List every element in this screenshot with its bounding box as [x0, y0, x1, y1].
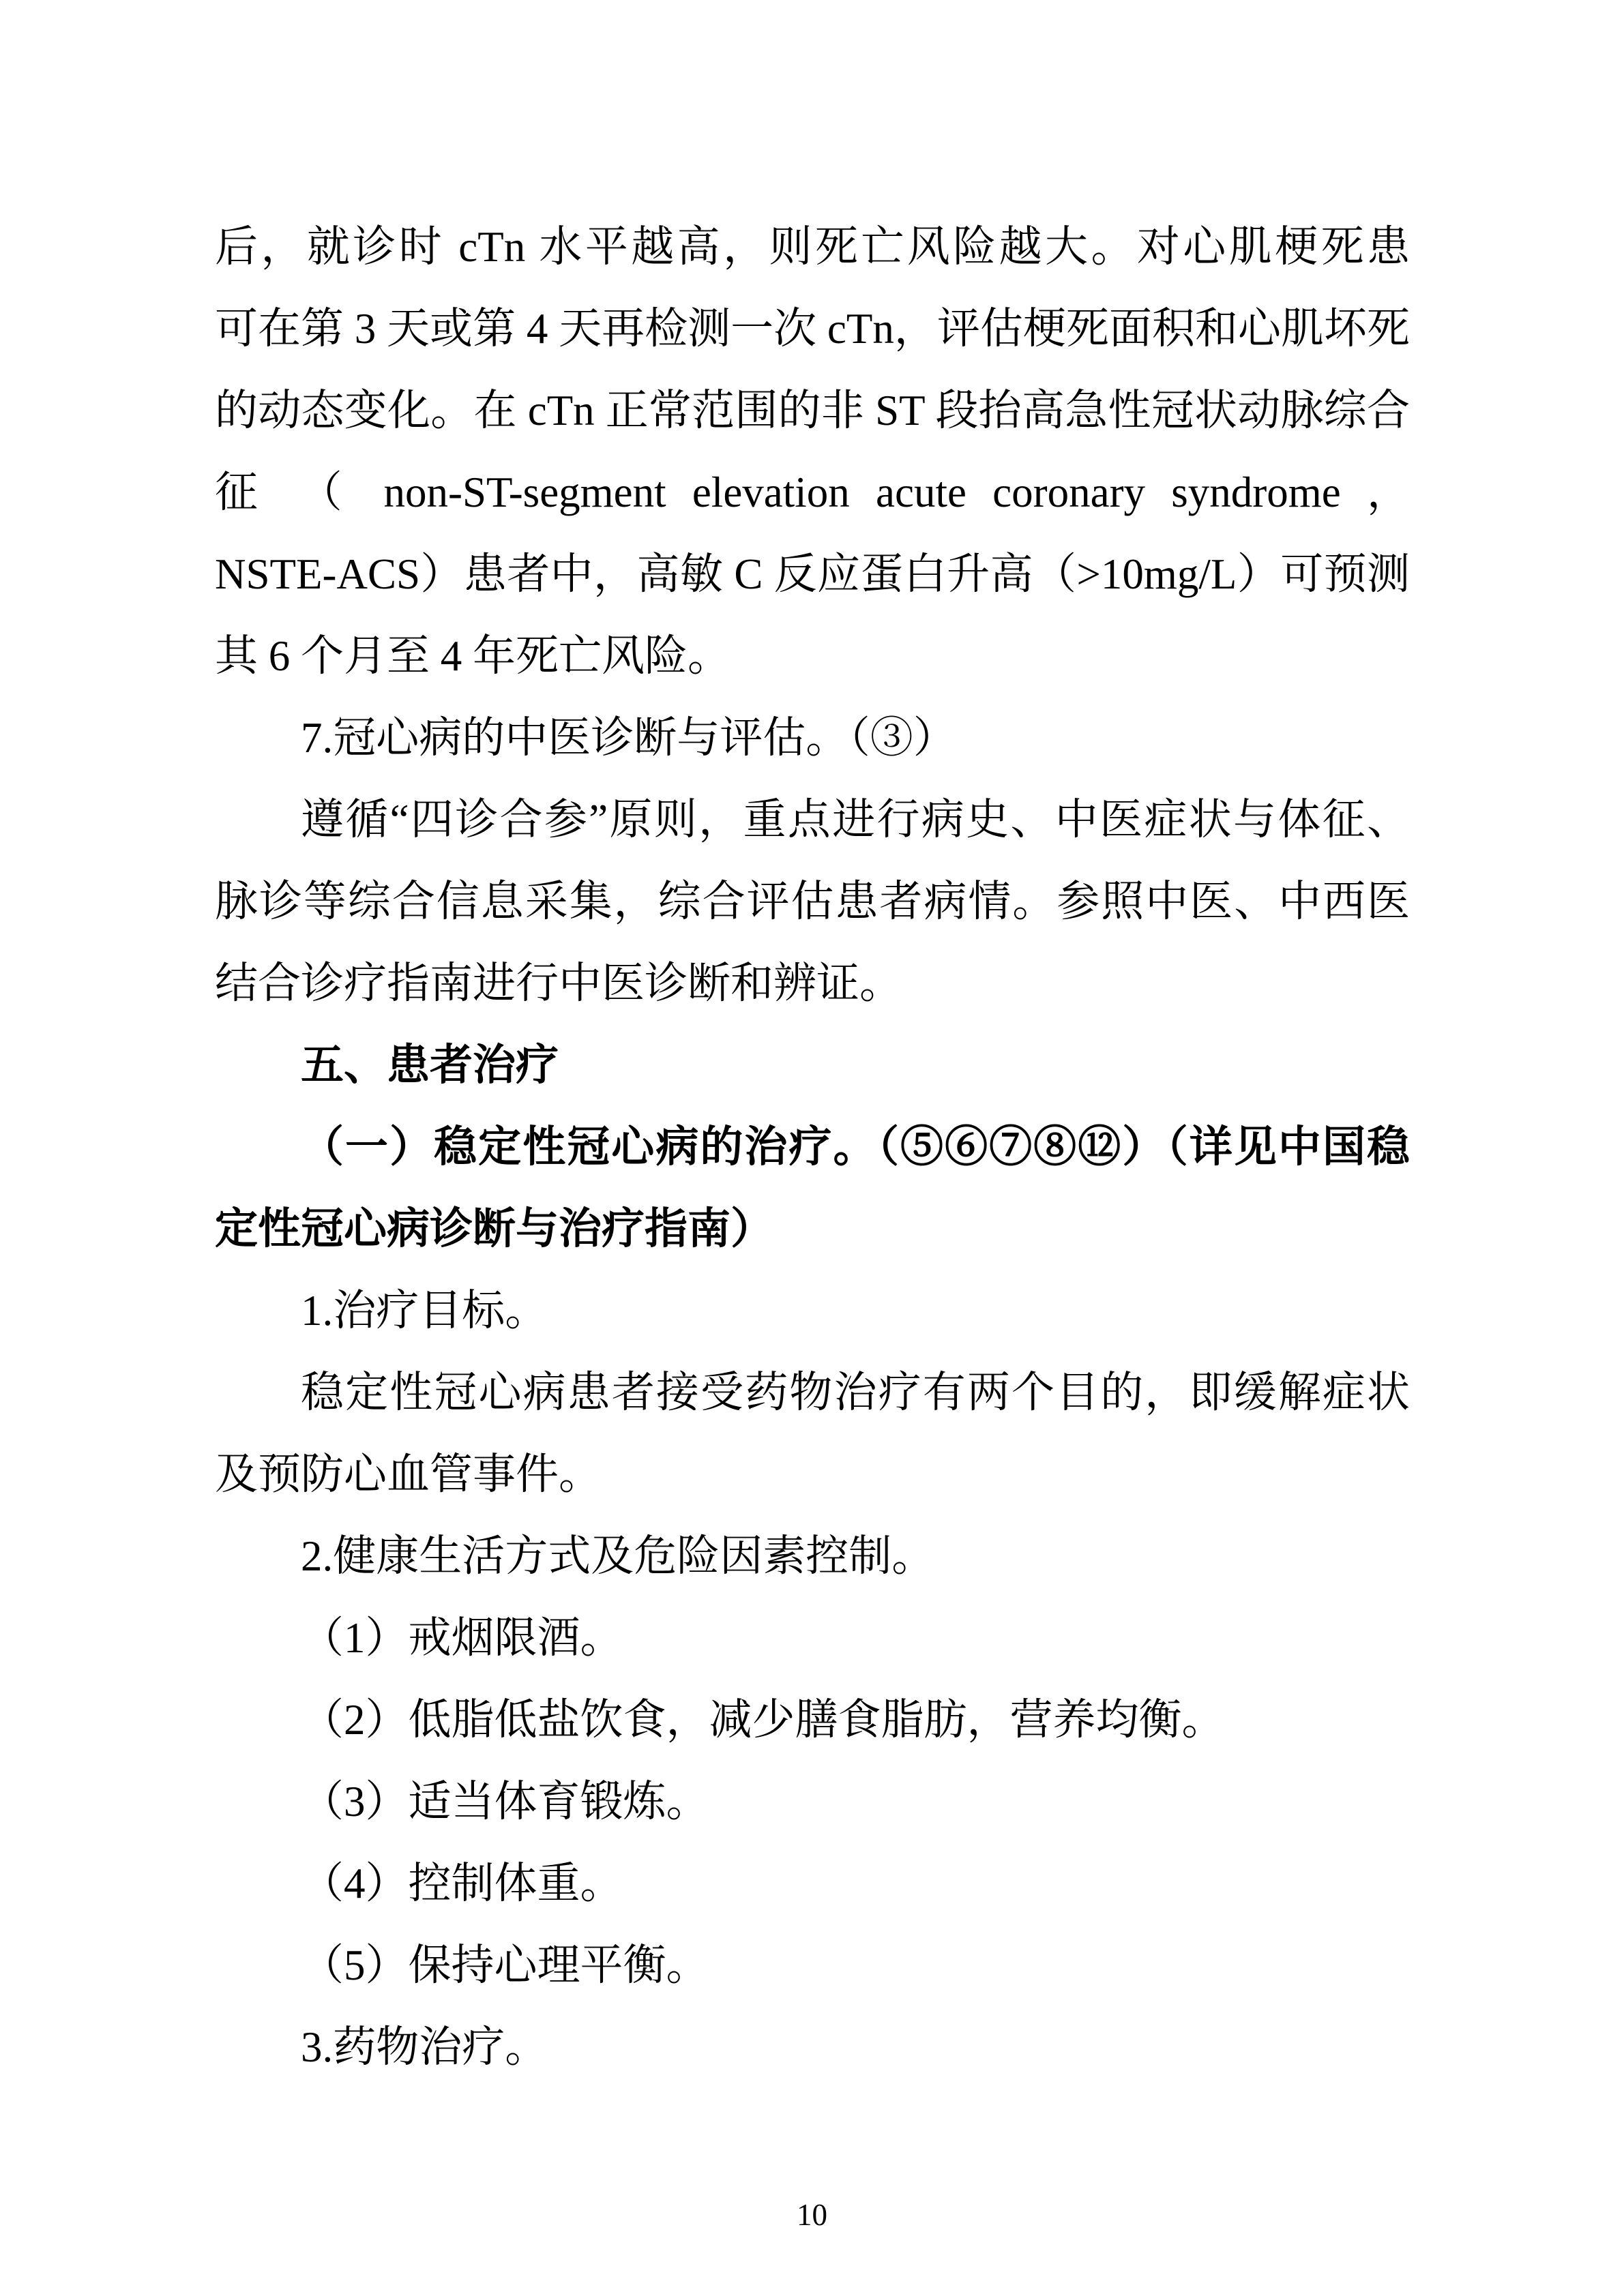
text-line: 定性冠心病诊断与治疗指南） — [215, 1188, 1410, 1270]
text-line: 3.药物治疗。 — [215, 2006, 1410, 2088]
text-line: 稳定性冠心病患者接受药物治疗有两个目的，即缓解症状 — [215, 1352, 1410, 1433]
text-line: （4）控制体重。 — [215, 1843, 1410, 1924]
text-line: 后，就诊时 cTn 水平越高，则死亡风险越大。对心肌梗死患者， — [215, 206, 1410, 288]
text-line: 的动态变化。在 cTn 正常范围的非 ST 段抬高急性冠状动脉综合 — [215, 370, 1410, 451]
document-page: 后，就诊时 cTn 水平越高，则死亡风险越大。对心肌梗死患者，可在第 3 天或第… — [0, 0, 1624, 2296]
text-line: 结合诊疗指南进行中医诊断和辨证。 — [215, 942, 1410, 1024]
text-block: 后，就诊时 cTn 水平越高，则死亡风险越大。对心肌梗死患者，可在第 3 天或第… — [215, 206, 1410, 2088]
text-line: （5）保持心理平衡。 — [215, 1924, 1410, 2006]
text-line: 7.冠心病的中医诊断与评估。（③） — [215, 697, 1410, 779]
text-line: （一）稳定性冠心病的治疗。（⑤⑥⑦⑧⑫）（详见中国稳 — [215, 1106, 1410, 1188]
text-line: 及预防心血管事件。 — [215, 1433, 1410, 1515]
text-line: 五、患者治疗 — [215, 1024, 1410, 1106]
text-line: （2）低脂低盐饮食，减少膳食脂肪，营养均衡。 — [215, 1679, 1410, 1761]
text-line: 1.治疗目标。 — [215, 1270, 1410, 1352]
text-line: 征 （ non-ST-segment elevation acute coron… — [215, 451, 1410, 533]
text-line: 脉诊等综合信息采集，综合评估患者病情。参照中医、中西医 — [215, 861, 1410, 942]
text-line: 可在第 3 天或第 4 天再检测一次 cTn，评估梗死面积和心肌坏死 — [215, 288, 1410, 370]
text-line: （1）戒烟限酒。 — [215, 1597, 1410, 1679]
text-line: （3）适当体育锻炼。 — [215, 1761, 1410, 1843]
page-number: 10 — [0, 2194, 1624, 2235]
text-line: 其 6 个月至 4 年死亡风险。 — [215, 615, 1410, 697]
text-line: NSTE-ACS）患者中，高敏 C 反应蛋白升高（>10mg/L）可预测 — [215, 533, 1410, 615]
text-line: 遵循“四诊合参”原则，重点进行病史、中医症状与体征、舌 — [215, 779, 1410, 861]
text-line: 2.健康生活方式及危险因素控制。 — [215, 1515, 1410, 1597]
